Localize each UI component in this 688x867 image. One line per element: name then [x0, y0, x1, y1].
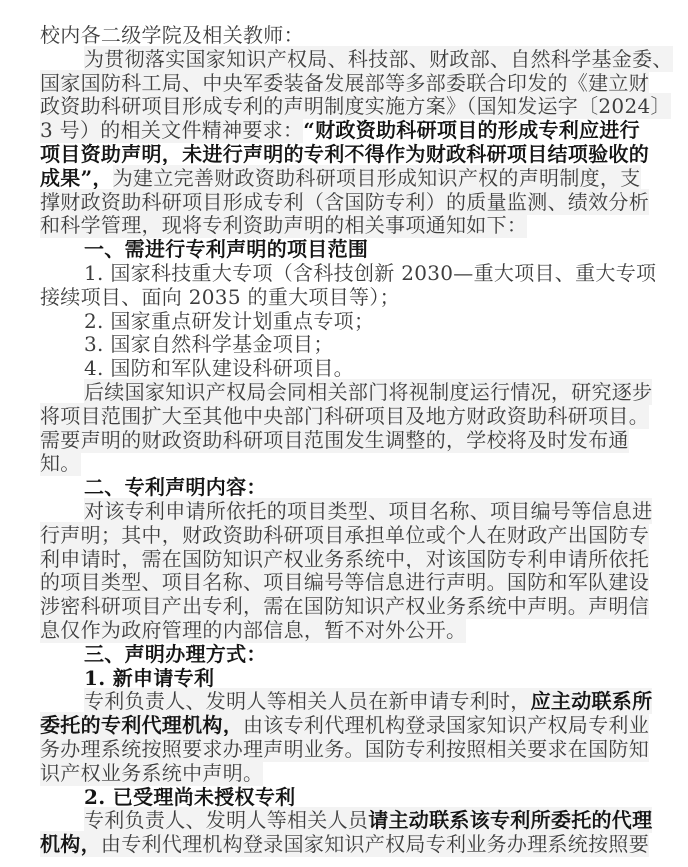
- highlighted-text-segment: 后续国家知识产权局会同相关部门将视制度运行情况，研究逐步: [84, 379, 652, 405]
- highlighted-text-segment: 撑财政资助科研项目形成专利（含国防专利）的质量监测、绩效分析: [40, 189, 649, 215]
- text-segment: 3. 国家自然科学基金项目；: [84, 331, 334, 357]
- highlighted-text-segment: 机构，: [40, 831, 101, 857]
- text-line: 机构，由专利代理机构登录国家知识产权局专利业务办理系统按照要: [40, 833, 648, 857]
- text-line: 知。: [40, 452, 648, 476]
- text-line: 将项目范围扩大至其他中央部门科研项目及地方财政资助科研项目。: [40, 405, 648, 429]
- text-line: 3. 国家自然科学基金项目；: [40, 333, 648, 357]
- highlighted-text-segment: 由专利代理机构登录国家知识产权局专利业务办理系统按照要: [101, 831, 649, 857]
- text-segment: 校内各二级学院及相关教师：: [40, 22, 304, 48]
- text-line: 校内各二级学院及相关教师：: [40, 24, 648, 48]
- highlighted-text-segment: 行声明；其中，财政资助科研项目承担单位或个人在财政产出国防专: [40, 522, 649, 548]
- text-line: 成果”，为建立完善财政资助科研项目形成知识产权的声明制度，支: [40, 167, 648, 191]
- highlighted-text-segment: 和科学管理，现将专利资助声明的相关事项通知如下：: [40, 212, 527, 238]
- text-segment: 二、专利声明内容：: [84, 474, 267, 500]
- highlighted-text-segment: 3 号）的相关文件精神要求：: [40, 117, 303, 143]
- text-line: 专利负责人、发明人等相关人员请主动联系该专利所委托的代理: [40, 809, 648, 833]
- text-segment: 三、声明办理方式：: [84, 641, 267, 667]
- highlighted-text-segment: 由该专利代理机构登录国家知识产权局专利业: [243, 712, 649, 738]
- text-line: 三、声明办理方式：: [40, 643, 648, 667]
- highlighted-text-segment: 应主动联系所: [531, 688, 653, 714]
- text-line: 专利负责人、发明人等相关人员在新申请专利时，应主动联系所: [40, 690, 648, 714]
- text-line: 一、需进行专利声明的项目范围: [40, 238, 648, 262]
- text-line: 息仅作为政府管理的内部信息，暂不对外公开。: [40, 619, 648, 643]
- text-line: 务办理系统按照要求办理声明业务。国防专利按照相关要求在国防知: [40, 738, 648, 762]
- highlighted-text-segment: 专利负责人、发明人等相关人员在新申请专利时，: [84, 688, 531, 714]
- text-line: 和科学管理，现将专利资助声明的相关事项通知如下：: [40, 214, 648, 238]
- text-segment: 2. 国家重点研发计划重点专项；: [84, 308, 374, 334]
- highlighted-text-segment: 将项目范围扩大至其他中央部门科研项目及地方财政资助科研项目。: [40, 403, 649, 429]
- text-line: 接续项目、面向 2035 的重大项目等）；: [40, 286, 648, 310]
- text-line: 后续国家知识产权局会同相关部门将视制度运行情况，研究逐步: [40, 381, 648, 405]
- text-segment: 接续项目、面向 2035 的重大项目等）；: [40, 284, 400, 310]
- text-line: 政资助科研项目形成专利的声明制度实施方案》（国知发运字〔2024〕: [40, 95, 648, 119]
- highlighted-text-segment: 专利负责人、发明人等相关人员: [84, 807, 368, 833]
- highlighted-text-segment: 涉密科研项目产出专利，需在国防知识产权业务系统中声明。声明信: [40, 593, 649, 619]
- text-line: 2. 已受理尚未授权专利: [40, 786, 648, 810]
- text-line: 2. 国家重点研发计划重点专项；: [40, 310, 648, 334]
- text-line: 项目资助声明，未进行声明的专利不得作为财政科研项目结项验收的: [40, 143, 648, 167]
- text-segment: 成果”，: [40, 165, 113, 191]
- text-segment: 项目资助声明，未进行声明的专利不得作为财政科研项目结项验收的: [40, 141, 649, 167]
- highlighted-text-segment: 委托的专利代理机构，: [40, 712, 243, 738]
- highlighted-text-segment: 识产权业务系统中声明。: [40, 760, 263, 786]
- text-line: 涉密科研项目产出专利，需在国防知识产权业务系统中声明。声明信: [40, 595, 648, 619]
- highlighted-text-segment: 息仅作为政府管理的内部信息，暂不对外公开。: [40, 617, 466, 643]
- text-line: 行声明；其中，财政资助科研项目承担单位或个人在财政产出国防专: [40, 524, 648, 548]
- text-line: 撑财政资助科研项目形成专利（含国防专利）的质量监测、绩效分析: [40, 191, 648, 215]
- text-line: 利申请时，需在国防知识产权业务系统中，对该国防专利申请所依托: [40, 548, 648, 572]
- text-segment: 一、需进行专利声明的项目范围: [84, 236, 368, 262]
- text-line: 对该专利申请所依托的项目类型、项目名称、项目编号等信息进: [40, 500, 648, 524]
- text-line: 国家国防科工局、中央军委装备发展部等多部委联合印发的《建立财: [40, 72, 648, 96]
- text-segment: 2. 已受理尚未授权专利: [84, 784, 295, 810]
- highlighted-text-segment: 的项目类型、项目名称、项目编号等信息进行声明。国防和军队建设: [40, 569, 649, 595]
- text-line: 4. 国防和军队建设科研项目。: [40, 357, 648, 381]
- text-line: 1. 新申请专利: [40, 667, 648, 691]
- text-line: 需要声明的财政资助科研项目范围发生调整的，学校将及时发布通: [40, 429, 648, 453]
- text-line: 1. 国家科技重大专项（含科技创新 2030—重大项目、重大专项: [40, 262, 648, 286]
- highlighted-text-segment: 国家国防科工局、中央军委装备发展部等多部委联合印发的《建立财: [40, 70, 649, 96]
- text-segment: 1. 国家科技重大专项（含科技创新 2030—重大项目、重大专项: [84, 260, 656, 286]
- highlighted-text-segment: 务办理系统按照要求办理声明业务。国防专利按照相关要求在国防知: [40, 736, 649, 762]
- text-line: 识产权业务系统中声明。: [40, 762, 648, 786]
- text-line: 的项目类型、项目名称、项目编号等信息进行声明。国防和军队建设: [40, 571, 648, 595]
- text-segment: “财政资助科研项目的形成专利应进行: [303, 117, 640, 143]
- highlighted-text-segment: 为贯彻落实国家知识产权局、科技部、财政部、自然科学基金委、: [84, 46, 673, 72]
- text-segment: 4. 国防和军队建设科研项目。: [84, 355, 354, 381]
- document-page: 校内各二级学院及相关教师：为贯彻落实国家知识产权局、科技部、财政部、自然科学基金…: [0, 0, 688, 857]
- text-segment: 1. 新申请专利: [84, 665, 214, 691]
- highlighted-text-segment: 知。: [40, 450, 81, 476]
- highlighted-text-segment: 请主动联系该专利所委托的代理: [368, 807, 652, 833]
- text-line: 为贯彻落实国家知识产权局、科技部、财政部、自然科学基金委、: [40, 48, 648, 72]
- document-body: 校内各二级学院及相关教师：为贯彻落实国家知识产权局、科技部、财政部、自然科学基金…: [40, 24, 648, 857]
- text-line: 二、专利声明内容：: [40, 476, 648, 500]
- highlighted-text-segment: 利申请时，需在国防知识产权业务系统中，对该国防专利申请所依托: [40, 546, 649, 572]
- highlighted-text-segment: 为建立完善财政资助科研项目形成知识产权的声明制度，支: [113, 165, 641, 191]
- highlighted-text-segment: 政资助科研项目形成专利的声明制度实施方案》（国知发运字〔2024〕: [40, 93, 671, 119]
- highlighted-text-segment: 对该专利申请所依托的项目类型、项目名称、项目编号等信息进: [84, 498, 652, 524]
- highlighted-text-segment: 需要声明的财政资助科研项目范围发生调整的，学校将及时发布通: [40, 427, 629, 453]
- text-line: 委托的专利代理机构，由该专利代理机构登录国家知识产权局专利业: [40, 714, 648, 738]
- text-line: 3 号）的相关文件精神要求：“财政资助科研项目的形成专利应进行: [40, 119, 648, 143]
